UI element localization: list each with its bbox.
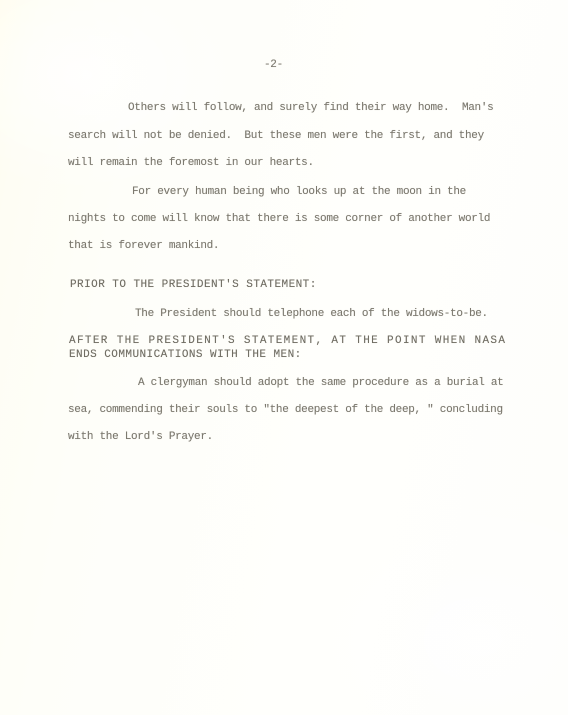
typed-line: search will not be denied. But these men… bbox=[68, 129, 484, 143]
section-heading-after-line2: ENDS COMMUNICATIONS WITH THE MEN: bbox=[69, 348, 302, 362]
document-page: -2- Others will follow, and surely find … bbox=[0, 0, 568, 715]
typed-line: The President should telephone each of t… bbox=[135, 307, 488, 321]
typed-line: that is forever mankind. bbox=[68, 239, 219, 253]
typed-line: Others will follow, and surely find thei… bbox=[128, 101, 493, 115]
typed-line: nights to come will know that there is s… bbox=[68, 212, 490, 226]
typed-line: will remain the foremost in our hearts. bbox=[68, 156, 314, 170]
typed-line: A clergyman should adopt the same proced… bbox=[138, 376, 503, 390]
typed-line: For every human being who looks up at th… bbox=[132, 185, 466, 199]
typed-line: with the Lord's Prayer. bbox=[68, 430, 213, 444]
typed-line: sea, commending their souls to "the deep… bbox=[68, 403, 503, 417]
section-heading-prior: PRIOR TO THE PRESIDENT'S STATEMENT: bbox=[70, 278, 317, 292]
page-number: -2- bbox=[264, 58, 283, 72]
section-heading-after-line1: AFTER THE PRESIDENT'S STATEMENT, AT THE … bbox=[69, 334, 506, 348]
